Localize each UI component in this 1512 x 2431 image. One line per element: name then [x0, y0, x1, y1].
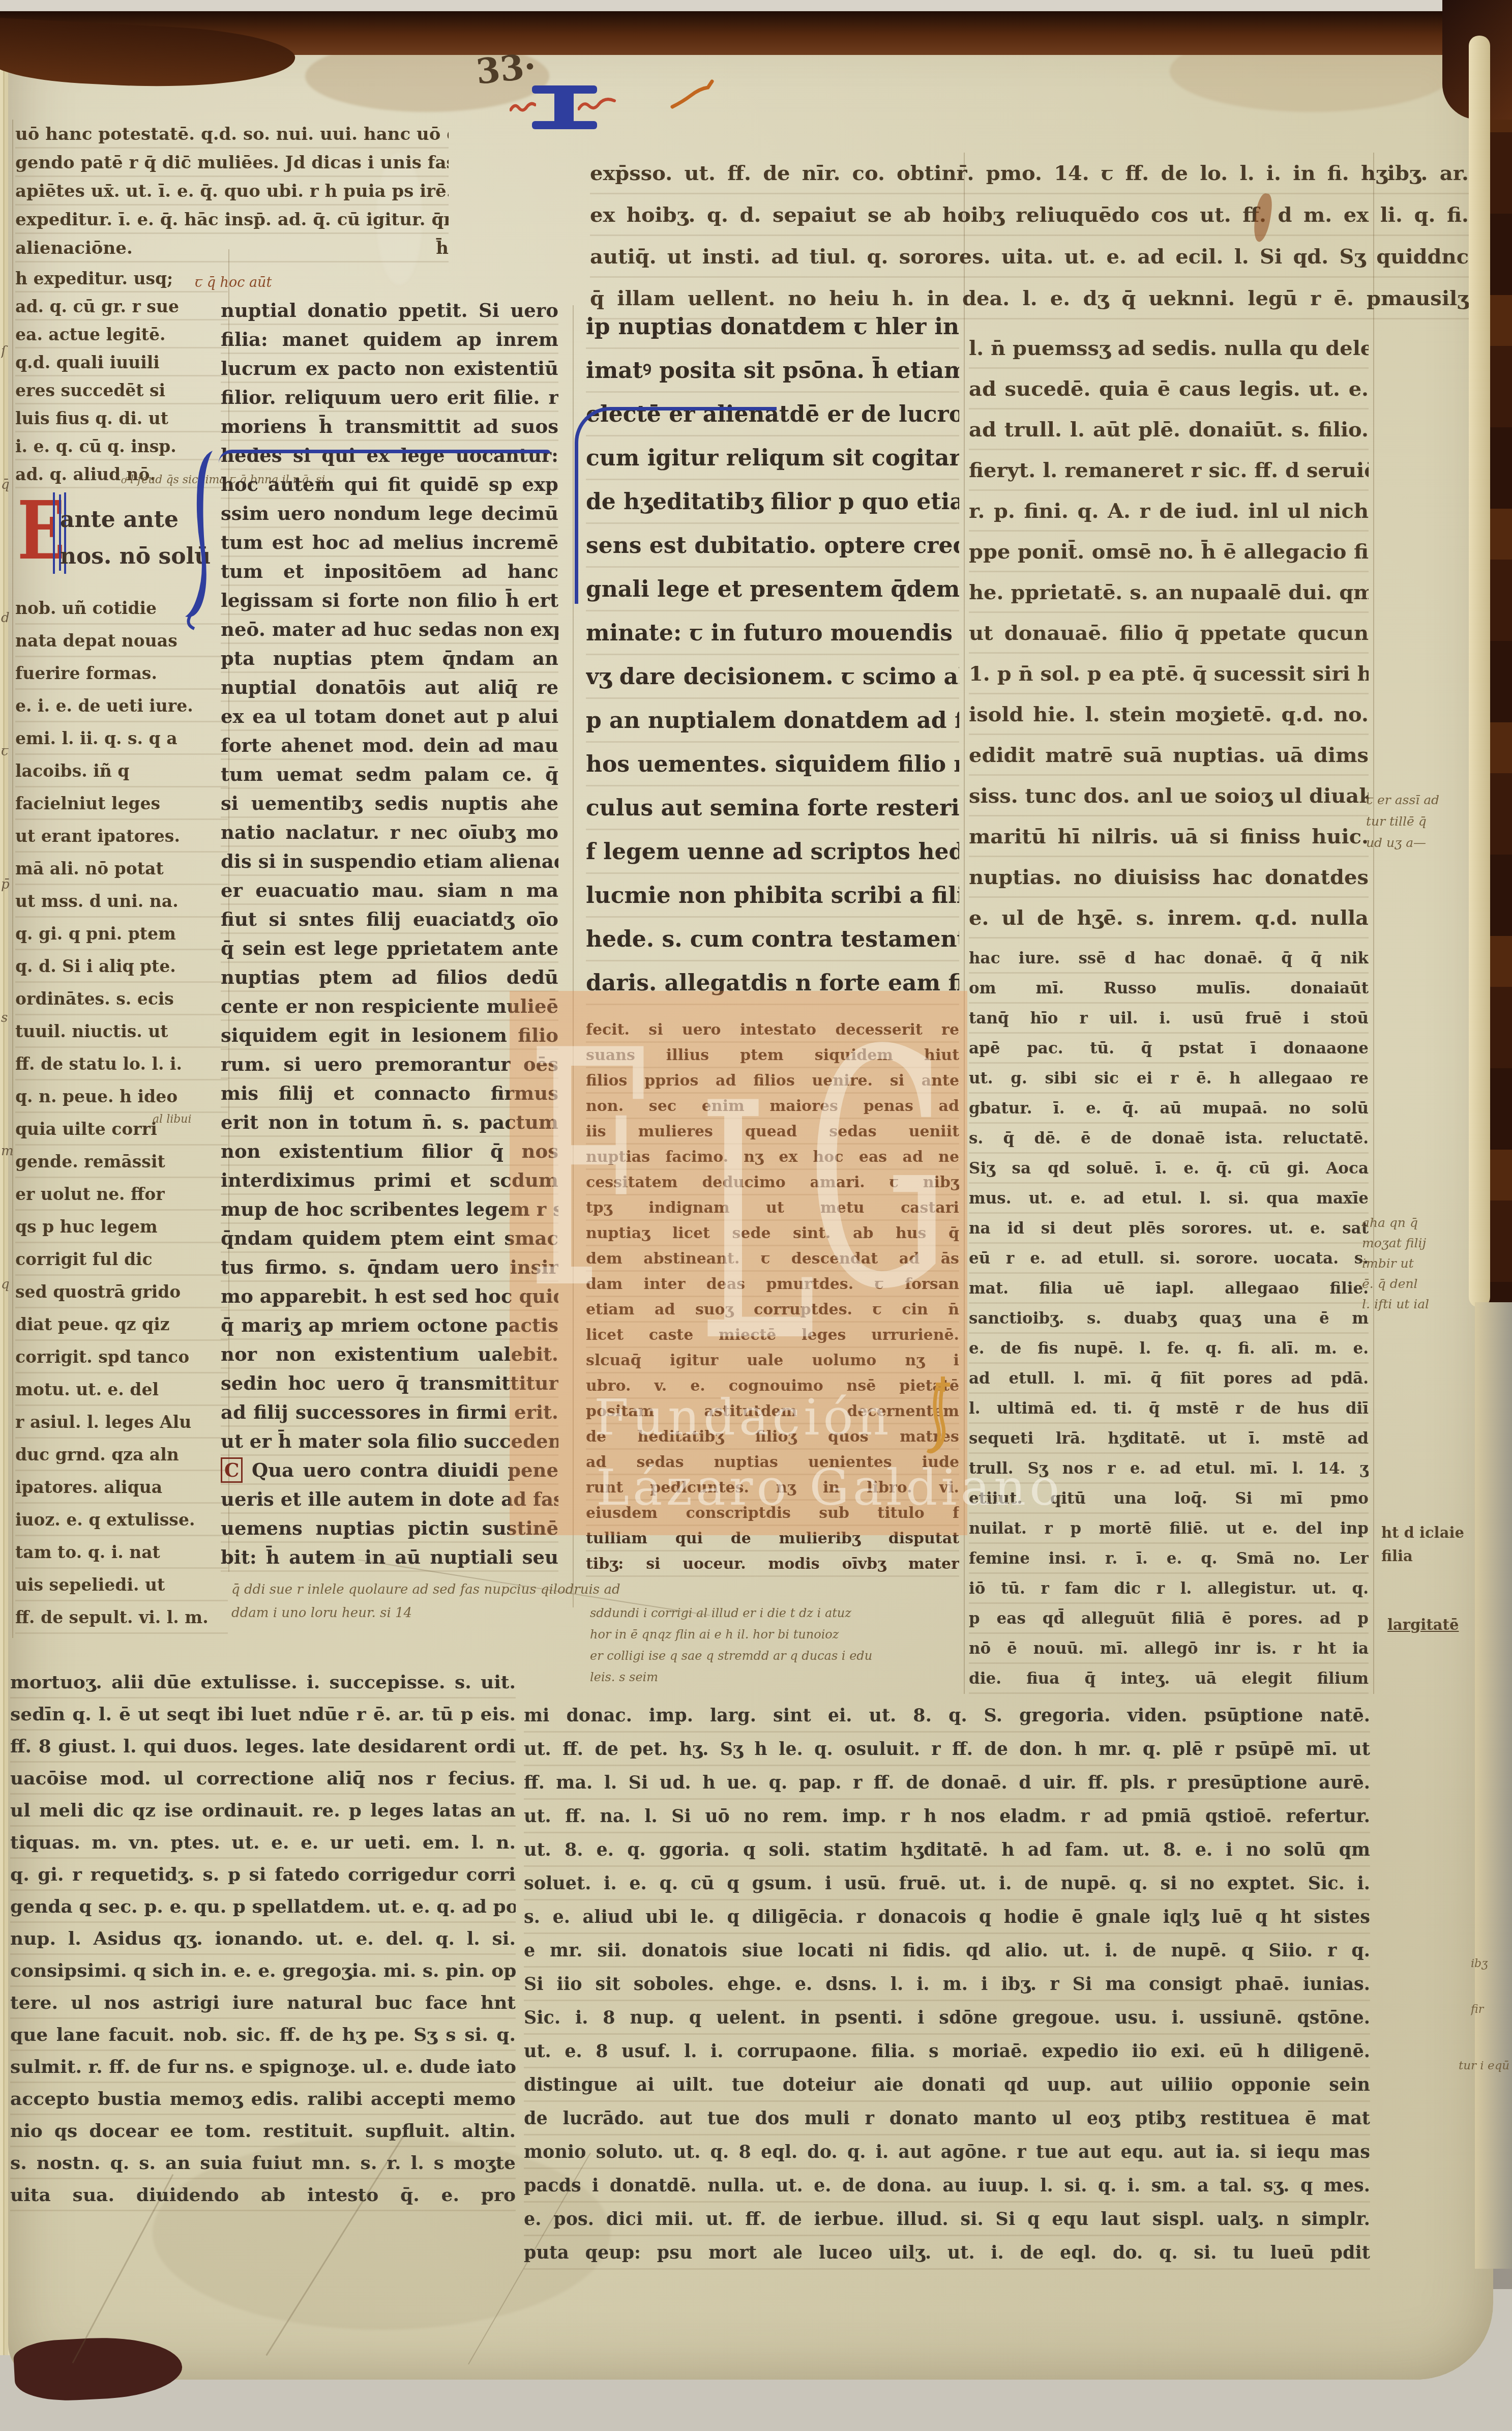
text-line: mā ali. nō potat [15, 853, 228, 885]
text-line: sanctioibʒ. s. duabʒ quaʒ una ē m [969, 1304, 1369, 1334]
margin-note-2: aha qn q̄moʒat filijimbir utē. q̄ denll.… [1362, 1213, 1494, 1314]
text-line: tuuil. niuctis. ut [15, 1015, 228, 1048]
text-line: ff. ma. l. Si ud. h ue. q. pap. r ff. de… [524, 1766, 1370, 1800]
text-line: e. ul de hʒē. s. inrem. q.d. nulla [969, 898, 1369, 939]
text-line: emi. l. ii. q. s. q a [15, 722, 228, 755]
text-line: ut. 8. e. q. ggoria. q soli. statim hʒdi… [524, 1833, 1370, 1867]
text-line: tum est hoc ad melius incremē [221, 528, 558, 557]
text-line: q̄ sein est lege pprietatem ante [221, 934, 558, 963]
text-line: ul meli dic qz ise ordinauit. re. p lege… [10, 1795, 516, 1827]
text-line: ē. q̄ denl [1362, 1274, 1494, 1294]
manuscript-photo: 33· uō hanc potestatē. q.d. so. nui. uui… [0, 0, 1512, 2431]
text-line: nor non existentium ualebit. [221, 1340, 558, 1369]
text-line: ordinātes. s. ecis [15, 983, 228, 1015]
text-line: e. de fis nupē. l. fe. q. fi. alī. m. e. [969, 1334, 1369, 1364]
text-line: siquidem egit in lesionem filio [221, 1021, 558, 1050]
text-line: motu. ut. e. del [15, 1373, 228, 1406]
text-line: fuerire formas. [15, 657, 228, 690]
text-line: ibʒ [1471, 1941, 1511, 1987]
text-line: q. gi. q pni. ptem [15, 918, 228, 950]
text-line: fir [1471, 1987, 1511, 2033]
text-line: maritū hī nilris. uā si finiss huic. [969, 816, 1369, 857]
text-line: p eas qd̄ alleguūt filiā ē pores. ad p [969, 1604, 1369, 1634]
text-line: autiq̄. ut insti. ad tiul. q. sorores. u… [590, 236, 1469, 278]
text-line: sddundi i corrigi al illud er i die t dz… [590, 1602, 976, 1624]
text-line: q.d. quali iuuili [15, 348, 228, 376]
text-line: q̄ [1, 418, 14, 551]
text-line: nō ē nouū. mī. allegō inr is. r ht ia [969, 1634, 1369, 1664]
text-line: de lucrādo. aut tue dos muli r donato ma… [524, 2102, 1370, 2135]
text-line: sulmit. r. ff. de fur ns. e spignoʒe. ul… [10, 2051, 516, 2083]
text-line: iō tū. r fam dic r l. allegistur. ut. q. [969, 1574, 1369, 1604]
margin-note-5: tur i eqū [1459, 2057, 1512, 2074]
text-line: nuptial donatio ppetit. Si uero [221, 296, 558, 325]
text-line: mis filij et connacto firmus [221, 1079, 558, 1108]
text-line: uemens nuptias pictin sustinē [221, 1514, 558, 1543]
text-line: corrigit. spd tanco [15, 1341, 228, 1373]
gloss-top-right-block: exp̄sso. ut. ff. de nīr. co. obtinr̄. pm… [590, 153, 1469, 319]
text-line: iuoz. e. q extulisse. [15, 1504, 228, 1536]
col2-small-heading: ꞇ q̄ hoc aūt [195, 275, 272, 290]
text-line: interdiximus primi et scdum [221, 1166, 558, 1195]
text-line: ff. de sepult. vi. l. m. [15, 1601, 228, 1634]
text-line: tur i eqū [1459, 2057, 1512, 2074]
text-line: fieryt. l. remaneret r sic. ff. d seruic… [969, 450, 1369, 491]
text-line: s. nostn. q. s. an suia fuiut mn. s. r. … [10, 2147, 516, 2179]
text-line: apiētes ux̄. ut. ī. e. q̄. quo ubi. r h … [15, 177, 449, 206]
text-line: p̄ [1, 818, 14, 951]
text-line: nata depat nouas [15, 625, 228, 657]
text-line: mortuoʒ. alii dūe extulisse. i. succepis… [10, 1666, 516, 1698]
text-line: eū r e. ad etull. si. sorore. uocata. s. [969, 1244, 1369, 1274]
text-line: ad. q. cū gr. r sue [15, 292, 228, 320]
text-line: uacōise mod. ul correctione aliq̄ nos r … [10, 1763, 516, 1795]
text-line: ꞇ [1, 685, 14, 818]
text-line: ut er h̄ mater sola filio succedens [221, 1427, 558, 1456]
text-line: fiut si sntes filij euaciatdʒ oīo [221, 905, 558, 934]
text-line: puta qeup: psu mort ale luceo uilʒ. ut. … [524, 2236, 1370, 2270]
text-line: mus. ut. e. ad etul. l. si. qua maxīe [969, 1184, 1369, 1214]
text-line: q. n. peue. h ideo [15, 1080, 228, 1113]
text-line: tus firmo. s. q̄ndam uero insir [221, 1253, 558, 1282]
text-line: Siʒ sa qd soluē. ī. e. q̄. cū gi. Aoca [969, 1154, 1369, 1184]
text-line: gbatur. ī. e. q̄. aū mupaā. no solū [969, 1094, 1369, 1124]
text-line: apē pac. tū. q̄ pstat ī donaaone [969, 1034, 1369, 1064]
text-line: hor in ē qnqz flin ai e h il. hor bi tun… [590, 1624, 976, 1645]
text-line: sedīn q. l. ē ut seqt ibi luet ndūe r ē.… [10, 1698, 516, 1731]
text-line: tum et inpositōem ad hanc [221, 557, 558, 586]
text-line: ad etull. l. mī. q̄ fiīt pores ad pdā. [969, 1364, 1369, 1394]
text-line: non existentium filior q̄ nos [221, 1137, 558, 1166]
text-line: tanq̄ hīo r uil. i. usū fruē i stoū [969, 1004, 1369, 1034]
text-line: leis. s seim [590, 1666, 976, 1688]
text-line: imatꝰ posita sit psōna. h̄ etiam de [586, 349, 959, 393]
text-line: sequeti lrā. hʒditatē. ut ī. mstē ad [969, 1424, 1369, 1454]
numeral-bottom-bar [532, 121, 597, 129]
text-line: mo apparebit. h est sed hoc quid [221, 1282, 558, 1311]
text-line: q. gi. r requetidʒ. s. p si fatedo corri… [10, 1859, 516, 1891]
text-line: largitatē [1387, 1614, 1509, 1636]
text-line: filior. reliquum uero erit filie. r [221, 383, 558, 412]
binding-right-strip [1487, 0, 1512, 1307]
text-line: d [1, 551, 14, 685]
text-line: moʒat filij [1362, 1233, 1494, 1253]
text-line: uō hanc potestatē. q.d. so. nui. uui. ha… [15, 120, 449, 149]
text-line: edidit matrē suā nuptias. uā dims [969, 735, 1369, 776]
text-line: ueris et ille autem in dote ad fas [221, 1485, 558, 1514]
text-line: nuptial donatōis aut aliq̄ re [221, 673, 558, 702]
text-line: imbir ut [1362, 1253, 1494, 1274]
text-line: erit non in totum n̄. s. pactum [221, 1108, 558, 1137]
text-line: diat peue. qz qiz [15, 1308, 228, 1341]
text-line: om mī. Russo mulīs. donaiaūt [969, 974, 1369, 1004]
text-line: l. ifti ut ial [1362, 1294, 1494, 1314]
gloss-top-left-block: uō hanc potestatē. q.d. so. nui. uui. ha… [15, 120, 449, 262]
watermark-letter-F: F [527, 1008, 651, 1334]
text-line: monio soluto. ut. q. 8 eql. do. q. i. au… [524, 2135, 1370, 2169]
text-line: tere. ul nos astrigi iure natural buc fa… [10, 1987, 516, 2019]
text-line: legissam si forte non filio h̄ ert [221, 586, 558, 615]
text-line: q [1, 1218, 14, 1351]
left-edge-cutoff-marks: ſq̄dꞇp̄smq [1, 285, 14, 1351]
text-line: facielniut leges [15, 787, 228, 820]
text-line: s [1, 951, 14, 1085]
right-lower-edge-shadow [1475, 1302, 1512, 2269]
margin-note-largitate: largitatē [1387, 1614, 1509, 1636]
text-line: nio qs docear ee tom. restituit. supflui… [10, 2115, 516, 2147]
text-line: genda q sec. p. e. qu. p spellatdem. ut.… [10, 1891, 516, 1923]
text-line: uis sepeliedi. ut [15, 1569, 228, 1601]
text-line: ut mss. d uni. na. [15, 885, 228, 918]
text-line: nuptias ptem ad filios dedū [221, 963, 558, 992]
text-line: die. fiua q̄ inteʒ. uā elegit filium [969, 1664, 1369, 1694]
text-line: isold hie. l. stein moʒietē. q.d. no. [969, 694, 1369, 735]
text-line: ppe ponit̄. omsē no. h̄ ē allegacio fi [969, 532, 1369, 572]
text-line: q̄ illam uellent. no heiu h. in dea. l. … [590, 278, 1469, 319]
text-line: p an nuptialem donatdem ad fi [586, 699, 959, 743]
text-line: ex hoibʒ. q. d. sepaiut se ab hoibʒ reli… [590, 194, 1469, 236]
watermark-name-line1: Fundación [594, 1389, 893, 1447]
folio-number: 33· [474, 46, 538, 93]
text-line: s. q̄ dē. ē de donaē ista. reluctatē. [969, 1124, 1369, 1154]
text-line: neō. mater ad huc sedas non exp [221, 615, 558, 644]
text-line: si uementibʒ sedis nuptis ahe [221, 789, 558, 818]
text-line: femine insi. r. ī. e. q. Smā no. Ler [969, 1544, 1369, 1574]
orange-flourish-icon [670, 77, 714, 111]
text-line: ut donauaē. filio q̄ ppetate qucun [969, 613, 1369, 654]
text-line: q̄ndam quidem ptem eint smac [221, 1224, 558, 1253]
text-line: ad sucedē. quia ē caus legis. ut. e. [969, 369, 1369, 409]
text-line: distingue ai uilt. tue doteiur aie donat… [524, 2068, 1370, 2102]
text-line: he. pprietatē. s. an nupaalē dui. qm [969, 572, 1369, 613]
main-column-4-lower: hac iure. ssē d hac donaē. q̄ q̄ nikom m… [969, 944, 1369, 1694]
text-line: er colligi ise q sae q stremdd ar q duca… [590, 1645, 976, 1666]
text-line: ipatores. aliqua [15, 1471, 228, 1504]
text-line: cente er non respiciente mulieē [221, 992, 558, 1021]
text-line: alienaciōne. h̄ [15, 234, 449, 262]
text-line: duc grnd. qza aln [15, 1439, 228, 1471]
text-line: e. pos. dici mii. ut. ff. de ierbue. ill… [524, 2203, 1370, 2236]
text-line: 1. p n̄ sol. p ea ptē. q̄ sucessit siri … [969, 654, 1369, 694]
text-line: e mr. sii. donatois siue locati ni fidis… [524, 1934, 1370, 1968]
text-line: moriens h̄ transmittit ad suos [221, 412, 558, 441]
text-line: er uolut ne. ffor [15, 1178, 228, 1211]
text-line: ut. e. 8 usuf. l. i. corrupaone. filia. … [524, 2035, 1370, 2068]
right-page-curl [1469, 36, 1490, 1307]
text-line: ex ea ul totam donet aut p alui [221, 702, 558, 731]
text-line: q̄ ddi sue r inlele quolaure ad sed fas … [231, 1578, 654, 1601]
text-line: ut erant ipatores. [15, 820, 228, 853]
text-line: dis si in suspendio etiam alienad [221, 847, 558, 876]
text-line: vʒ dare decisionem. ꞇ scimo alias rē [586, 655, 959, 699]
watermark-letter-G: G [807, 1008, 950, 1334]
text-line: mi donac. imp. larg. sint ei. ut. 8. q. … [524, 1699, 1370, 1733]
text-line: lacoibs. iñ q [15, 755, 228, 787]
text-line: eres succedēt si [15, 376, 228, 404]
text-line: s. e. aliud ubi le. q diligēcia. r donac… [524, 1900, 1370, 1934]
text-line: hos uementes. siquidem filio ma [586, 743, 959, 786]
text-line: ff. 8 giust. l. qui duos. leges. late de… [10, 1731, 516, 1763]
text-line: nuilat. r p mortē filiē. ut e. del inp [969, 1514, 1369, 1544]
text-line: ff. de statu lo. l. i. [15, 1048, 228, 1080]
text-line: nob. uñ cotidie [15, 592, 228, 625]
text-line: ad trull. l. aūt plē. donaiūt. s. filio. [969, 409, 1369, 450]
text-line: na id si deut plēs sorores. ut. e. sat [969, 1214, 1369, 1244]
bottom-right-block: mi donac. imp. larg. sint ei. ut. 8. q. … [524, 1699, 1370, 2270]
text-line: minate: ꞇ in futuro mouendis oī [586, 611, 959, 655]
text-line: culus aut semina forte resteriur [586, 786, 959, 830]
text-line: ut. ff. na. l. Si uō no rem. imp. r h no… [524, 1800, 1370, 1833]
text-line: sed quostrā grido [15, 1276, 228, 1308]
text-line: lucmie non phibita scribi a filio [586, 874, 959, 918]
text-line: nup. l. Asidus qʒ. ionando. ut. e. del. … [10, 1923, 516, 1955]
text-line: natio naclatur. r nec oīubʒ mo [221, 818, 558, 847]
text-line: hac iure. ssē d hac donaē. q̄ q̄ nik [969, 944, 1369, 974]
text-line: ꞇ er assī ad [1366, 789, 1498, 811]
text-line: q̄ mariʒ ap mriem octone pactis [221, 1311, 558, 1340]
text-line: lucrum ex pacto non existentiū [221, 354, 558, 383]
text-line: mat. filia uē iapl. allegaao filie. [969, 1274, 1369, 1304]
margin-note-3: ht d iclaiefilia [1381, 1521, 1503, 1568]
text-line: m [1, 1085, 14, 1218]
main-column-2: nuptial donatio ppetit. Si uerofilia: ma… [221, 296, 558, 1572]
watermark-letter-L: L [698, 1061, 817, 1387]
text-line: nuptias. no diuisiss hac donatdes [969, 857, 1369, 898]
text-line: l. n̄ puemssʒ ad sedis. nulla qu dele [969, 328, 1369, 369]
text-line: hede. s. cum contra testamentum [586, 918, 959, 961]
text-line: filia: manet quidem ap inrem [221, 325, 558, 354]
text-line: tibʒ: si uoceur. modis oīvbʒ mater [586, 1551, 959, 1577]
text-line: f legem uenne ad scriptos hedes [586, 830, 959, 874]
text-line: filia [1381, 1544, 1503, 1568]
text-line: ut. ff. de pet. hʒ. Sʒ h le. q. osuluit.… [524, 1733, 1370, 1766]
text-line: ud uʒ a— [1366, 832, 1498, 854]
text-line: gende. remāssit [15, 1146, 228, 1178]
text-line: Si iio sit soboles. ehge. e. dsns. l. i.… [524, 1968, 1370, 2001]
text-line: tur tillē q̄ [1366, 811, 1498, 832]
text-line: ea. actue legitē. [15, 320, 228, 348]
text-line: pta nuptias ptem q̄ndam an [221, 644, 558, 673]
text-line: que lane facuit. nob. sic. ff. de hʒ pe.… [10, 2019, 516, 2051]
text-line: bit: h̄ autem in aū nuptiali seu [221, 1543, 558, 1572]
text-line: ht d iclaie [1381, 1521, 1503, 1544]
text-line: luis fius q. di. ut [15, 404, 228, 432]
text-line: tam to. q. i. nat [15, 1536, 228, 1569]
text-line: hoc autem qui fit quidē sp exp [221, 470, 558, 499]
text-line: ssim uero nondum lege decimū [221, 499, 558, 528]
text-line: uita sua. diuidendo ab intesto q̄. e. pr… [10, 2179, 516, 2211]
text-line: consipsimi. q sich in. e. e. gregoʒia. m… [10, 1955, 516, 1987]
text-line: forte ahenet mod. dein ad mau [221, 731, 558, 760]
text-line: quia uilte corri [15, 1113, 228, 1146]
right-edge-scribbles: ibʒfir [1471, 1941, 1511, 2033]
margin-note-1: ꞇ er assī adtur tillē q̄ud uʒ a— [1366, 789, 1498, 854]
bottom-left-block: mortuoʒ. alii dūe extulisse. i. succepis… [10, 1666, 516, 2211]
text-line: ut. g. sibi sic ei r ē. h allegaao re [969, 1064, 1369, 1094]
red-flourish-right-icon [578, 96, 616, 114]
text-line: er euacuatio mau. siam n ma [221, 876, 558, 905]
text-line: sedin hoc uero q̄ transmittitur [221, 1369, 558, 1398]
watermark-name-line2: Lázaro Galdiano [596, 1459, 1063, 1517]
text-line: e. i. e. de ueti iure. [15, 690, 228, 722]
gloss-margin-column-lower: nob. uñ cotidienata depat nouasfuerire f… [15, 592, 228, 1634]
text-line: siss. tunc dos. anl ue soioʒ ul diuak [969, 776, 1369, 816]
text-line: ad filij successores in firmi erit. [221, 1398, 558, 1427]
text-line: r. p. fini. q. A. r de iud. inl ul nich [969, 491, 1369, 532]
column-rule-5 [1373, 153, 1374, 1694]
blue-bracket-col3 [575, 407, 777, 604]
text-line: rum. si uero premorantur oēs [221, 1050, 558, 1079]
text-line: mup de hoc scribentes legem r s [221, 1195, 558, 1224]
cursive-al-libui: al libui [153, 1113, 192, 1126]
text-line: ſ [1, 285, 14, 418]
cursive-addendum-col3: sddundi i corrigi al illud er i die t dz… [590, 1602, 976, 1688]
text-line: exp̄sso. ut. ff. de nīr. co. obtinr̄. pm… [590, 153, 1469, 194]
text-line: soluet. i. e. q. cū q gsum. i usū. fruē.… [524, 1867, 1370, 1900]
text-line: qs p huc legem [15, 1211, 228, 1243]
text-line: tiquas. m. vn. ptes. ut. e. e. ur ueti. … [10, 1827, 516, 1859]
red-flourish-left-icon [510, 98, 536, 115]
text-line: tum uemat sedm palam ce. q̄ [221, 760, 558, 789]
text-line: accepto bustia memoʒ edis. ralibi accept… [10, 2083, 516, 2115]
main-column-4-upper: l. n̄ puemssʒ ad sedis. nulla qu delead … [969, 328, 1369, 939]
text-line: corrigit ful dic [15, 1243, 228, 1276]
text-line: Sic. i. 8 nup. q uelent. in psenti. i sd… [524, 2001, 1370, 2035]
text-line: aha qn q̄ [1362, 1213, 1494, 1233]
text-line: l. ultimā ed. ti. q̄ mstē r de hus diī [969, 1394, 1369, 1424]
blue-bracket-col2 [219, 450, 550, 463]
text-line: r asiul. l. leges Alu [15, 1406, 228, 1439]
numeral-stem [554, 91, 574, 124]
text-line: q. d. Si i aliq pte. [15, 950, 228, 983]
text-line: C Qua uero contra diuidi pene [221, 1456, 558, 1485]
text-line: pacds i donatdē. nulla. ut. e. de dona. … [524, 2169, 1370, 2203]
text-line: expeditur. ī. e. q̄. hāc insp̄. ad. q̄. … [15, 206, 449, 234]
text-line: gendo patē r q̄ dic̄ muliēes. Jd dicas i… [15, 149, 449, 177]
